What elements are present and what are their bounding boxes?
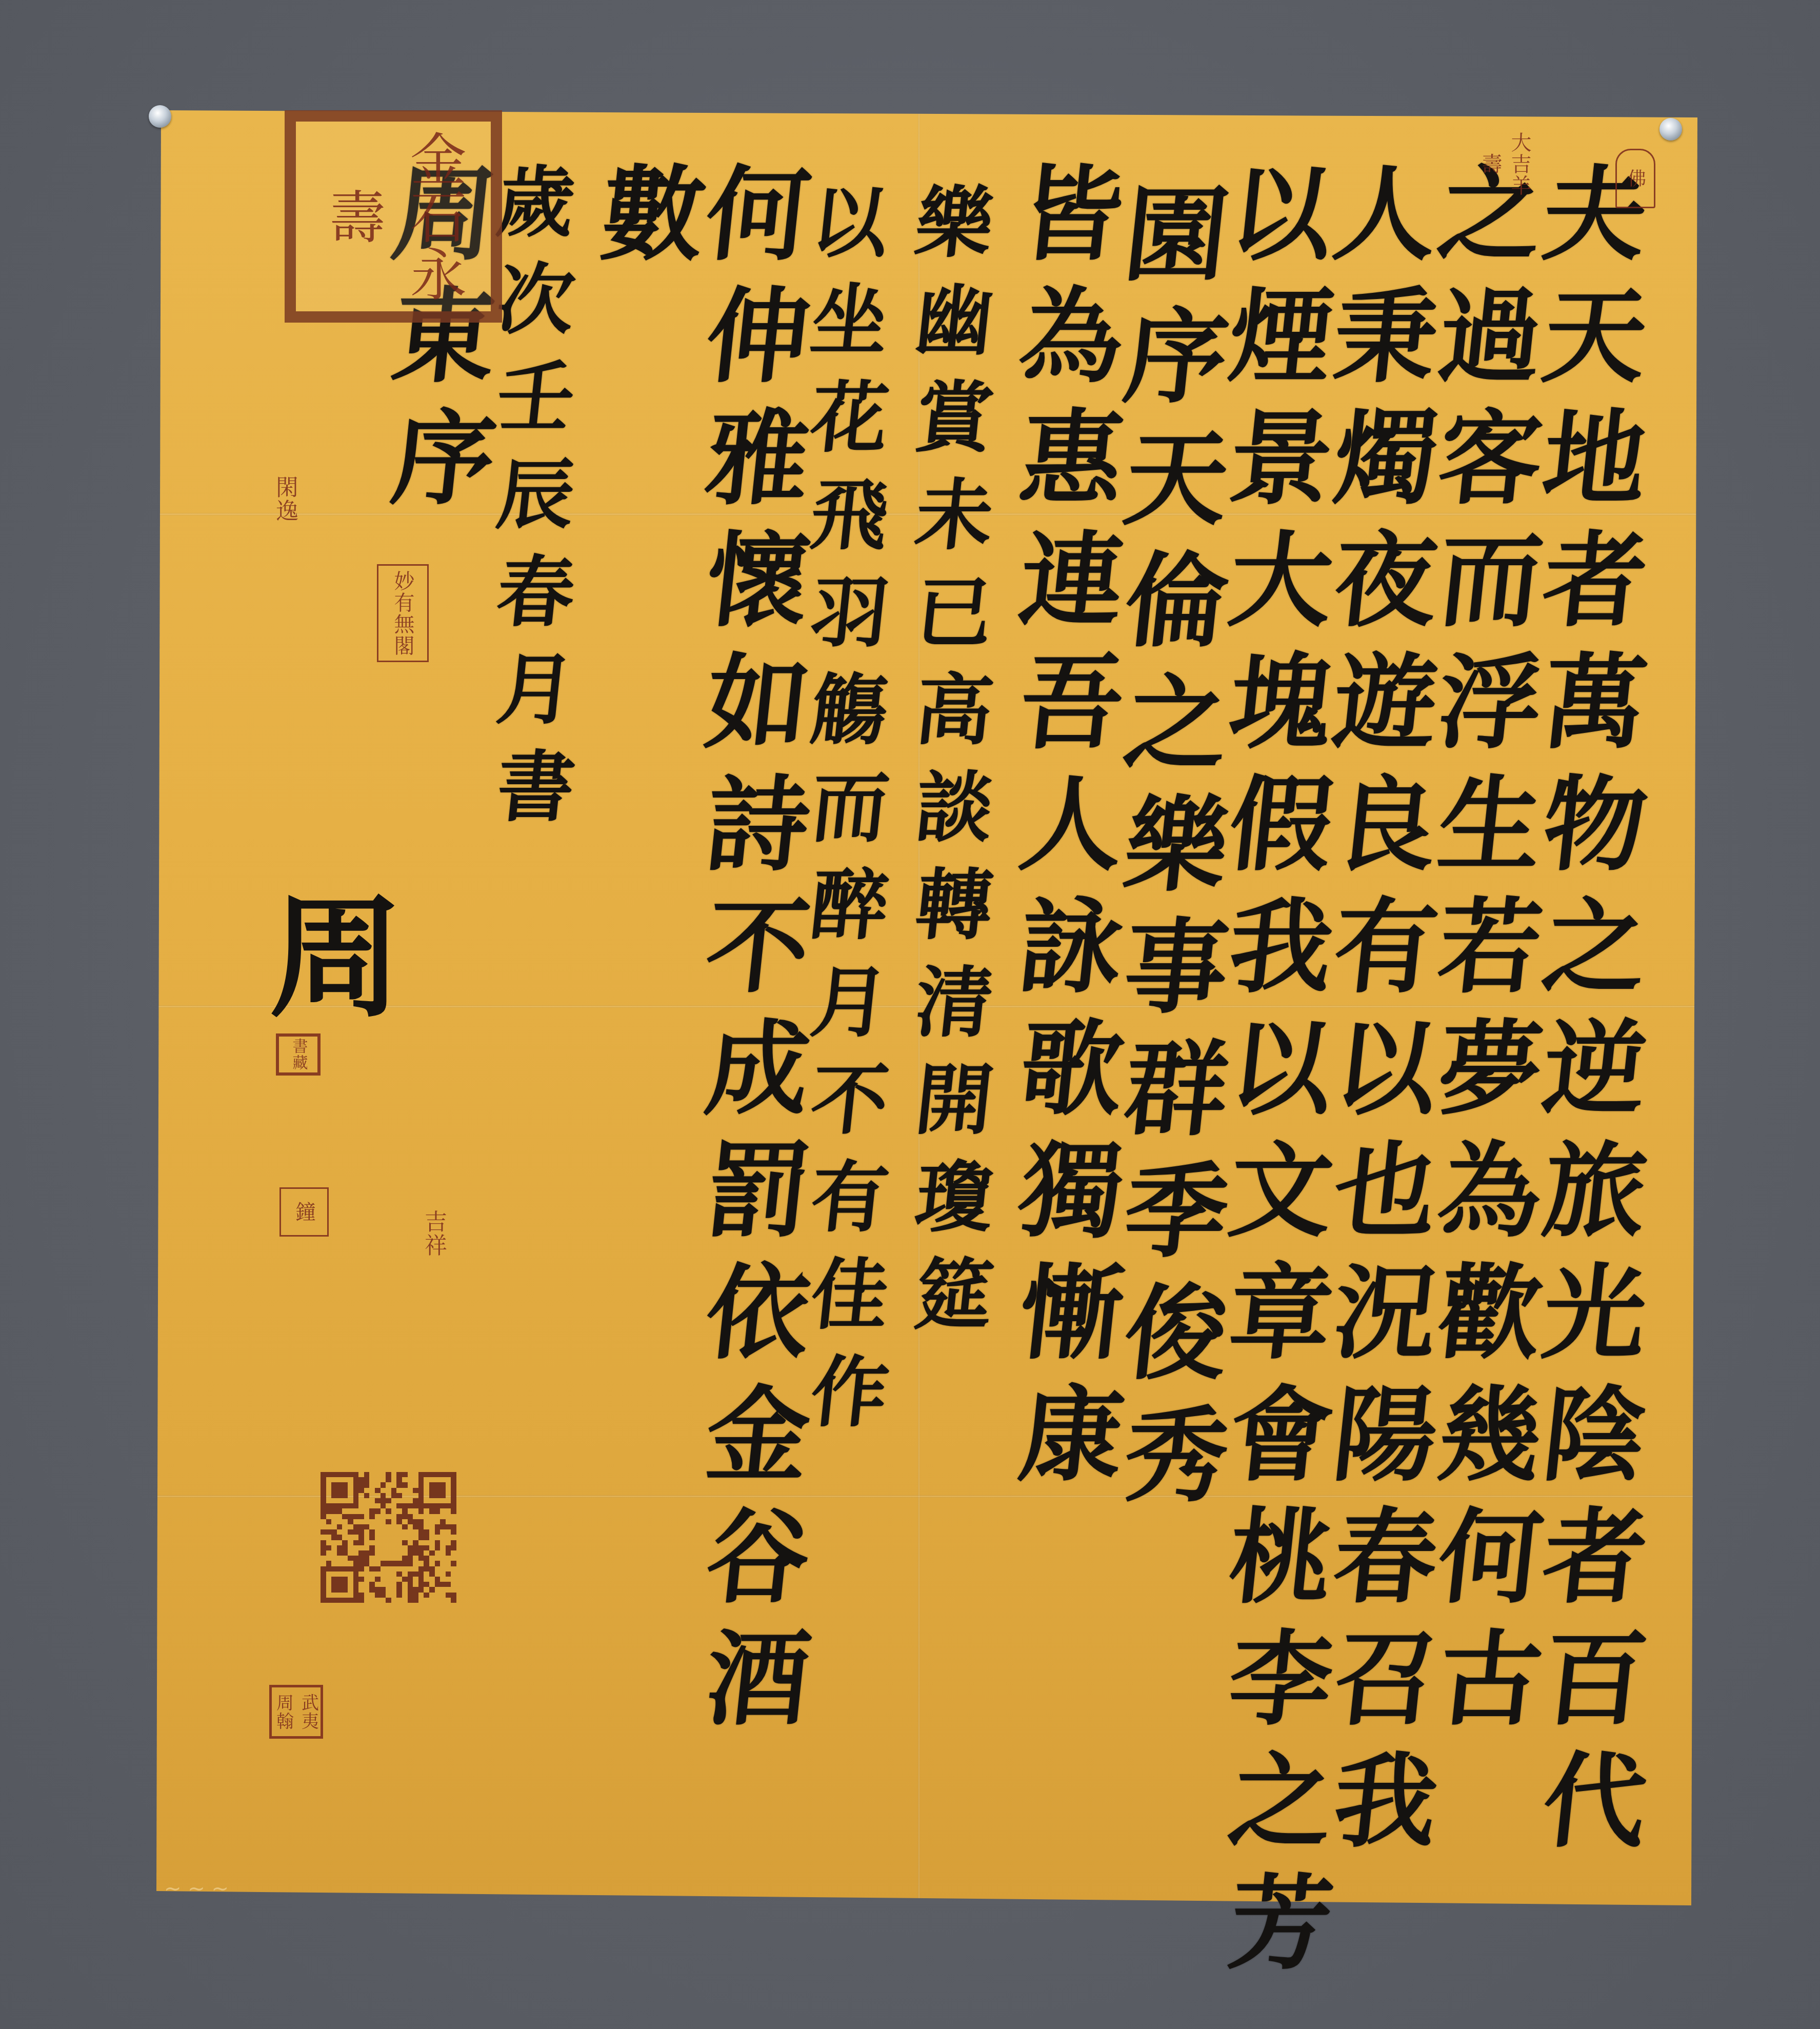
calligraphy-character: 有 <box>1328 886 1443 1008</box>
pencil-mark: ~ ~ ~ <box>164 1877 229 1901</box>
calligraphy-character: 逆 <box>1537 1008 1652 1130</box>
calligraphy-character: 之 <box>1223 1741 1338 1863</box>
calligraphy-character: 樂 <box>911 174 998 272</box>
calligraphy-character: 良 <box>1328 764 1443 886</box>
calligraphy-character: 作 <box>806 1344 893 1441</box>
calligraphy-character: 代 <box>1537 1741 1652 1863</box>
calligraphy-character: 皆 <box>1014 154 1129 276</box>
calligraphy-character: 歲 <box>492 154 579 251</box>
calligraphy-character: 佳 <box>806 1246 893 1344</box>
calligraphy-character: 夜 <box>1328 520 1443 642</box>
calligraphy-character: 倫 <box>1118 541 1234 663</box>
calligraphy-character: 未 <box>911 467 998 564</box>
calligraphy-character: 春 <box>1328 1497 1443 1619</box>
pushpin-top-left <box>149 105 171 128</box>
calligraphy-character: 俊 <box>1118 1273 1234 1395</box>
calligraphy-character: 開 <box>911 1051 998 1149</box>
calligraphy-character: 李 <box>1223 1619 1338 1741</box>
calligraphy-character: 以 <box>1223 154 1338 276</box>
pushpin-top-right <box>1659 118 1682 141</box>
calligraphy-character: 月 <box>806 954 893 1051</box>
calligraphy-character: 觴 <box>806 662 893 759</box>
calligraphy-character: 惠 <box>1014 398 1129 520</box>
calligraphy-character: 有 <box>806 1149 893 1246</box>
calligraphy-column: 園序天倫之樂事群季俊秀 <box>1125 174 1228 1517</box>
calligraphy-character: 月 <box>492 641 579 739</box>
calligraphy-column: 歲次壬辰春月書 <box>497 154 574 836</box>
calligraphy-character: 章 <box>1223 1252 1338 1375</box>
calligraphy-character: 谷 <box>700 1497 815 1619</box>
calligraphy-character: 書 <box>492 739 579 836</box>
calligraphy-column: 皆為惠連吾人詠歌獨慚康 <box>1021 154 1123 1497</box>
calligraphy-character: 序 <box>386 398 502 520</box>
calligraphy-character: 詠 <box>1014 886 1129 1008</box>
calligraphy-character: 何 <box>700 154 815 276</box>
calligraphy-character: 慚 <box>1014 1252 1129 1375</box>
calligraphy-character: 若 <box>1432 886 1548 1008</box>
calligraphy-character: 數 <box>595 154 711 276</box>
calligraphy-character: 已 <box>911 564 998 662</box>
calligraphy-character: 陰 <box>1537 1375 1652 1497</box>
calligraphy-character: 金 <box>700 1375 815 1497</box>
calligraphy-character: 不 <box>806 1051 893 1149</box>
qr-code-seal <box>321 1472 456 1603</box>
calligraphy-character: 詩 <box>700 764 815 886</box>
calligraphy-character: 序 <box>1118 296 1234 419</box>
calligraphy-character: 罰 <box>700 1130 815 1252</box>
calligraphy-character: 坐 <box>806 272 893 369</box>
seal-column-top: 大吉羊壽 <box>1490 126 1521 203</box>
calligraphy-character: 雅 <box>700 398 815 520</box>
calligraphy-character: 假 <box>1223 764 1338 886</box>
calligraphy-character: 獨 <box>1014 1130 1129 1252</box>
calligraphy-character: 春 <box>492 544 579 641</box>
calligraphy-character: 召 <box>1328 1619 1443 1741</box>
calligraphy-character: 幾 <box>1432 1375 1548 1497</box>
calligraphy-character: 樂 <box>1118 785 1234 907</box>
calligraphy-character: 芳 <box>1223 1863 1338 1985</box>
calligraphy-column: 人秉燭夜遊良有以也況陽春召我 <box>1334 154 1437 1863</box>
calligraphy-character: 秀 <box>1118 1395 1234 1517</box>
calligraphy-character: 地 <box>1537 398 1652 520</box>
calligraphy-column: 樂幽賞未已高談轉清開瓊筵 <box>916 174 993 1344</box>
calligraphy-character: 懷 <box>700 520 815 642</box>
calligraphy-character: 如 <box>700 642 815 764</box>
calligraphy-character: 伸 <box>700 276 815 398</box>
calligraphy-character: 成 <box>700 1008 815 1130</box>
calligraphy-column: 何伸雅懷如詩不成罰依金谷酒 <box>707 154 809 1741</box>
artist-signature: 周 <box>269 851 403 1043</box>
calligraphy-character: 辰 <box>492 446 579 544</box>
calligraphy-character: 花 <box>806 369 893 467</box>
calligraphy-character: 幽 <box>911 272 998 369</box>
calligraphy-character: 夢 <box>1432 1008 1548 1130</box>
calligraphy-character: 景 <box>1223 398 1338 520</box>
seal-top-right-buddha: 佛 <box>1615 149 1655 208</box>
calligraphy-character: 塊 <box>1223 642 1338 764</box>
calligraphy-character: 依 <box>700 1252 815 1375</box>
calligraphy-column: 以坐花飛羽觴而醉月不有佳作 <box>811 174 888 1441</box>
calligraphy-column: 以煙景大塊假我以文章會桃李之芳 <box>1230 154 1332 1985</box>
calligraphy-character: 羽 <box>806 564 893 662</box>
calligraphy-character: 歡 <box>1432 1252 1548 1375</box>
calligraphy-character: 以 <box>1328 1008 1443 1130</box>
calligraphy-character: 陽 <box>1328 1375 1443 1497</box>
calligraphy-character: 況 <box>1328 1252 1443 1375</box>
calligraphy-character: 煙 <box>1223 276 1338 398</box>
calligraphy-character: 光 <box>1537 1252 1652 1375</box>
calligraphy-character: 天 <box>1118 419 1234 541</box>
calligraphy-character: 筵 <box>911 1246 998 1344</box>
calligraphy-character: 生 <box>1432 764 1548 886</box>
calligraphy-character: 之 <box>1537 886 1652 1008</box>
calligraphy-character: 秉 <box>1328 276 1443 398</box>
calligraphy-character: 群 <box>1118 1029 1234 1151</box>
calligraphy-column: 之過客而浮生若夢為歡幾何古 <box>1439 154 1542 1741</box>
calligraphy-character: 之 <box>1118 663 1234 785</box>
calligraphy-character: 飛 <box>806 467 893 564</box>
calligraphy-character: 燭 <box>1328 398 1443 520</box>
calligraphy-character: 物 <box>1537 764 1652 886</box>
calligraphy-character: 清 <box>911 954 998 1051</box>
calligraphy-character: 萬 <box>1537 642 1652 764</box>
calligraphy-character: 者 <box>1537 1497 1652 1619</box>
calligraphy-character: 康 <box>1014 1375 1129 1497</box>
calligraphy-character: 桃 <box>1223 1497 1338 1619</box>
seal-under-signature-1: 書藏 <box>276 1033 321 1076</box>
calligraphy-character: 而 <box>1432 520 1548 642</box>
seal-bottom-left: 武夷周翰 <box>269 1685 323 1739</box>
calligraphy-character: 為 <box>1014 276 1129 398</box>
calligraphy-character: 何 <box>1432 1497 1548 1619</box>
calligraphy-character: 人 <box>1014 764 1129 886</box>
calligraphy-column: 數 <box>602 154 705 276</box>
calligraphy-character: 談 <box>911 759 998 857</box>
calligraphy-character: 酒 <box>700 1619 815 1741</box>
seal-left-1: 閑逸 <box>259 467 310 531</box>
calligraphy-column: 夫天地者萬物之逆旅光陰者百代 <box>1544 154 1646 1863</box>
calligraphy-character: 我 <box>1328 1741 1443 1863</box>
calligraphy-character: 也 <box>1328 1130 1443 1252</box>
calligraphy-character: 次 <box>492 251 579 349</box>
calligraphy-character: 者 <box>1537 520 1652 642</box>
seal-left-2: 妙有無閣 <box>377 564 429 662</box>
calligraphy-character: 不 <box>700 886 815 1008</box>
calligraphy-character: 連 <box>1014 520 1129 642</box>
calligraphy-character: 園 <box>1118 174 1234 296</box>
calligraphy-character: 過 <box>1432 276 1548 398</box>
seal-under-signature-2: 鐘 <box>279 1187 329 1237</box>
calligraphy-character: 古 <box>1432 1619 1548 1741</box>
calligraphy-character: 歌 <box>1014 1008 1129 1130</box>
calligraphy-character: 瓊 <box>911 1149 998 1246</box>
calligraphy-character: 大 <box>1223 520 1338 642</box>
calligraphy-character: 以 <box>806 174 893 272</box>
calligraphy-character: 醉 <box>806 857 893 954</box>
calligraphy-character: 旅 <box>1537 1130 1652 1252</box>
calligraphy-character: 百 <box>1537 1619 1652 1741</box>
calligraphy-character: 會 <box>1223 1375 1338 1497</box>
calligraphy-character: 天 <box>1537 276 1652 398</box>
calligraphy-character: 壬 <box>492 349 579 446</box>
calligraphy-character: 事 <box>1118 907 1234 1029</box>
calligraphy-character: 季 <box>1118 1151 1234 1273</box>
calligraphy-character: 客 <box>1432 398 1548 520</box>
calligraphy-character: 文 <box>1223 1130 1338 1252</box>
large-seal-top-left: 金石永壽 <box>285 110 502 323</box>
calligraphy-character: 賞 <box>911 369 998 467</box>
calligraphy-character: 遊 <box>1328 642 1443 764</box>
calligraphy-character: 人 <box>1328 154 1443 276</box>
calligraphy-character: 而 <box>806 759 893 857</box>
calligraphy-character: 高 <box>911 662 998 759</box>
calligraphy-character: 我 <box>1223 886 1338 1008</box>
calligraphy-character: 轉 <box>911 857 998 954</box>
calligraphy-character: 以 <box>1223 1008 1338 1130</box>
calligraphy-character: 浮 <box>1432 642 1548 764</box>
calligraphy-character: 吾 <box>1014 642 1129 764</box>
seal-middle: 吉祥 <box>415 1200 451 1267</box>
calligraphy-character: 為 <box>1432 1130 1548 1252</box>
